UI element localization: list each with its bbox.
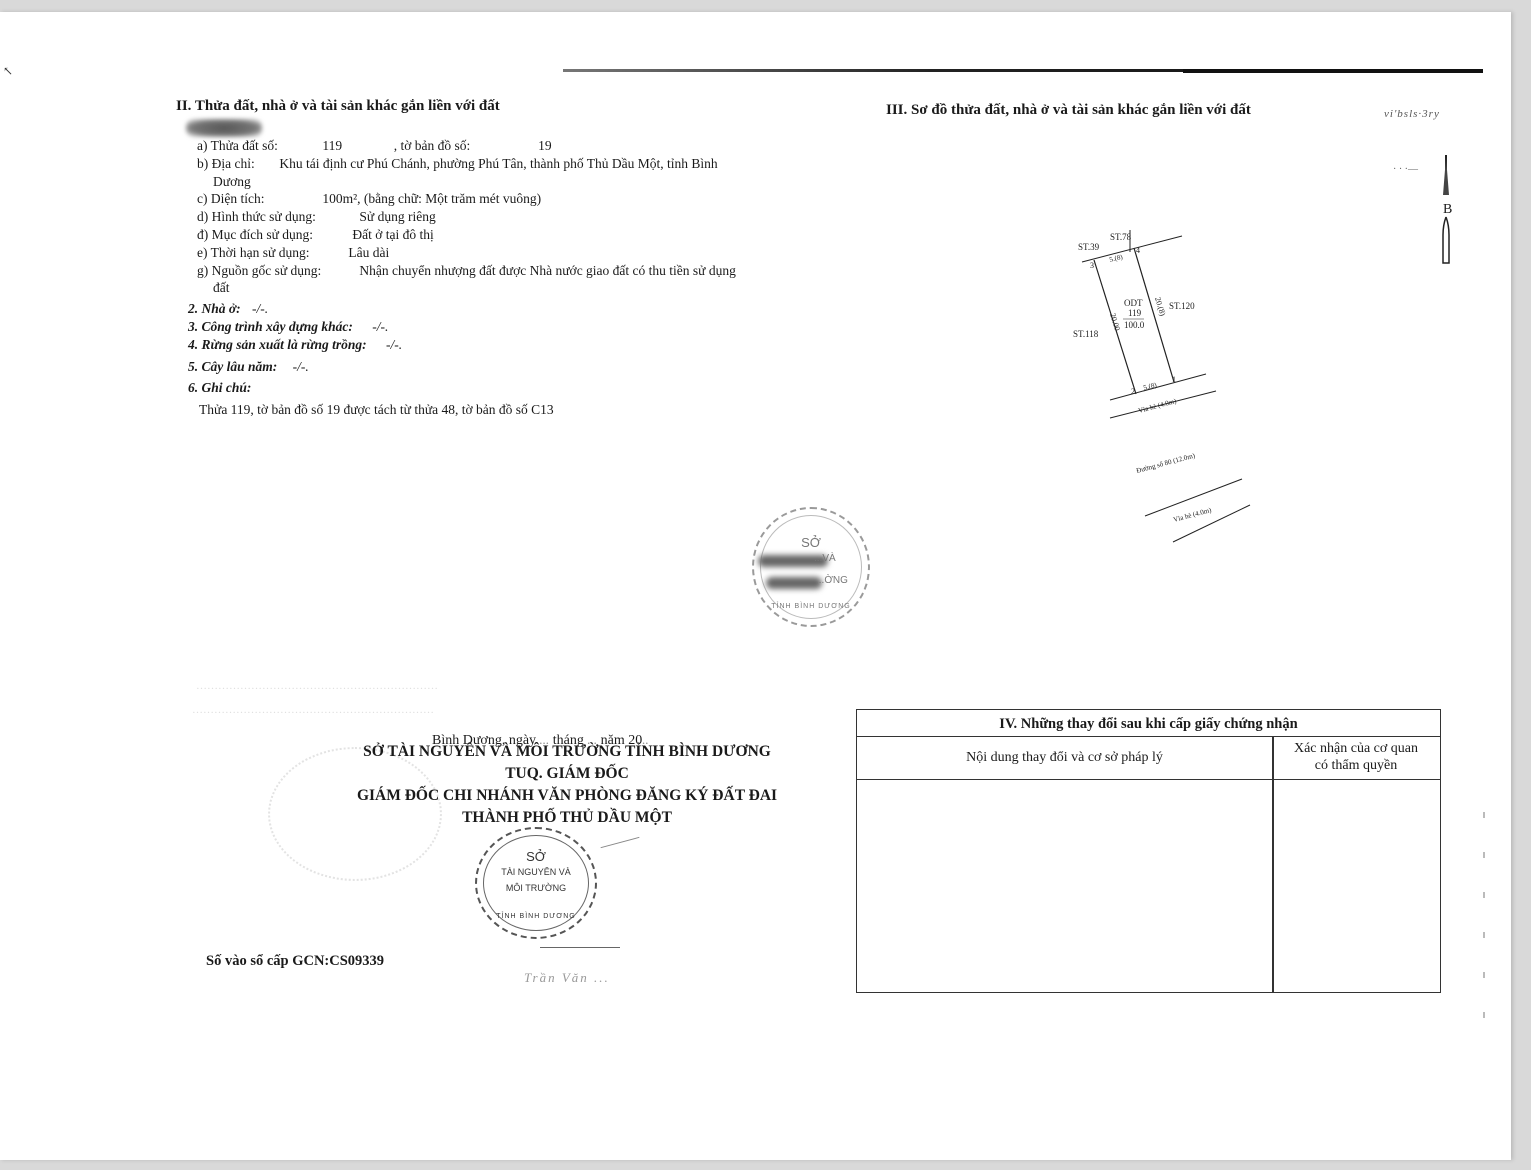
address-continuation: Dương (213, 173, 251, 190)
margin-mark: ↖ (3, 64, 13, 79)
origin-value: Nhận chuyển nhượng đất được Nhà nước gia… (359, 262, 735, 279)
address-line: b) Địa chỉ: Khu tái định cư Phú Chánh, p… (197, 155, 718, 172)
area-line: c) Diện tích: 100m², (bằng chữ: Một trăm… (197, 190, 541, 207)
notes-text: Thửa 119, tờ bản đồ số 19 được tách từ t… (199, 401, 554, 418)
official-seal-lower: SỞ TÀI NGUYÊN VÀ MÔI TRƯỜNG TỈNH BÌNH DƯ… (475, 827, 597, 939)
changes-table-header: Nội dung thay đổi và cơ sở pháp lý Xác n… (857, 737, 1440, 780)
use-term-label: e) Thời hạn sử dụng: (197, 244, 345, 261)
signature-stroke (601, 837, 640, 848)
section-4-title: IV. Những thay đổi sau khi cấp giấy chứn… (857, 710, 1440, 737)
section-3-title: III. Sơ đồ thửa đất, nhà ở và tài sản kh… (886, 102, 1251, 119)
changes-table: IV. Những thay đổi sau khi cấp giấy chứn… (856, 709, 1441, 993)
neighbor-st120: ST.120 (1169, 301, 1195, 311)
vertex-1: 1 (1172, 375, 1176, 384)
item-production-forest: 4. Rừng sản xuất là rừng trồng: -/-. (188, 336, 402, 353)
area-value: 100m², (bằng chữ: Một trăm mét vuông) (322, 190, 541, 207)
parcel-number-line: a) Thửa đất số: 119 , tờ bản đồ số: 19 (197, 137, 552, 154)
use-purpose-label: đ) Mục đích sử dụng: (197, 226, 349, 243)
item-notes: 6. Ghi chú: (188, 379, 251, 396)
front-width: 5.(8) (1143, 381, 1159, 392)
origin-label: g) Nguồn gốc sử dụng: (197, 262, 356, 279)
map-sheet-label: , tờ bản đồ số: (394, 137, 535, 154)
land-code: ODT (1124, 298, 1143, 308)
origin-line: g) Nguồn gốc sử dụng: Nhận chuyển nhượng… (197, 262, 736, 279)
use-form-label: d) Hình thức sử dụng: (197, 208, 356, 225)
sidewalk-far: Vỉa hè (4.0m) (1172, 506, 1212, 524)
north-label: B (1443, 202, 1452, 218)
parcel-number: 119 (322, 137, 390, 154)
branch-city: THÀNH PHỐ THỦ DẦU MỘT (352, 809, 782, 827)
bleed-through-text: ………………………………………………………… (196, 680, 438, 692)
address-label: b) Địa chỉ: (197, 155, 276, 172)
branch-director-title: GIÁM ĐỐC CHI NHÁNH VĂN PHÒNG ĐĂNG KÝ ĐẤT… (340, 787, 794, 805)
section-2-title: II. Thửa đất, nhà ở và tài sản khác gắn … (176, 98, 500, 115)
handwritten-note: vi'bsls·3ry (1384, 108, 1440, 120)
margin-ticks (1483, 812, 1485, 1032)
official-seal-upper: SỞ ...VÀ ...ỜNG TỈNH BÌNH DƯƠNG (752, 507, 870, 627)
top-rule (563, 69, 1483, 72)
column-authority-confirmation: Xác nhận của cơ quan có thẩm quyền (1272, 740, 1440, 774)
signature-rule (540, 947, 620, 948)
address-value: Khu tái định cư Phú Chánh, phường Phú Tâ… (279, 155, 717, 172)
use-purpose-line: đ) Mục đích sử dụng: Đất ở tại đô thị (197, 226, 434, 243)
plot-area: 100.0 (1124, 320, 1145, 330)
neighbor-st118: ST.118 (1073, 329, 1099, 339)
column-change-content: Nội dung thay đổi và cơ sở pháp lý (857, 737, 1272, 779)
map-sheet-number: 19 (538, 137, 552, 154)
bleed-through-text-2: ………………………………………………………… (192, 704, 434, 716)
neighbor-st39: ST.39 (1078, 242, 1100, 252)
scribble-dots: · · ·— (1393, 164, 1418, 175)
plot-parcel-number: 119 (1128, 308, 1142, 318)
road-label: Đường số 80 (12.0m) (1135, 451, 1196, 475)
redacted-subheading (186, 119, 262, 137)
item-perennial-trees: 5. Cây lâu năm: -/-. (188, 358, 309, 375)
authority-title: TUQ. GIÁM ĐỐC (352, 765, 782, 783)
registration-number: Số vào sổ cấp GCN:CS09339 (206, 953, 384, 970)
vertex-3: 3 (1090, 261, 1094, 270)
origin-continuation: đất (213, 279, 230, 296)
signer-name: Trần Văn ... (524, 970, 610, 986)
left-length: 20.00 (1108, 312, 1122, 332)
sidewalk-near: Vỉa hè (4.0m) (1137, 397, 1177, 415)
area-label: c) Diện tích: (197, 190, 319, 207)
vertex-4: 4 (1136, 246, 1140, 255)
column-divider (1272, 737, 1274, 992)
parcel-number-label: a) Thửa đất số: (197, 137, 319, 154)
certificate-page: ↖ II. Thửa đất, nhà ở và tài sản khác gắ… (0, 12, 1511, 1160)
use-term-value: Lâu dài (348, 244, 389, 261)
parcel-diagram: ST.39 ST.78 3 5.(8) 4 ODT 119 100.0 ST.1… (1060, 220, 1280, 560)
item-other-construction: 3. Công trình xây dựng khác: -/-. (188, 318, 388, 335)
vertex-2: 2 (1131, 387, 1135, 396)
issuing-authority: SỞ TÀI NGUYÊN VÀ MÔI TRƯỜNG TỈNH BÌNH DƯ… (352, 743, 782, 761)
use-purpose-value: Đất ở tại đô thị (352, 226, 433, 243)
use-form-value: Sử dụng riêng (359, 208, 435, 225)
use-term-line: e) Thời hạn sử dụng: Lâu dài (197, 244, 389, 261)
right-length: 20.(8) (1153, 296, 1167, 317)
neighbor-st78: ST.78 (1110, 232, 1132, 242)
use-form-line: d) Hình thức sử dụng: Sử dụng riêng (197, 208, 436, 225)
item-house: 2. Nhà ở: -/-. (188, 300, 268, 317)
